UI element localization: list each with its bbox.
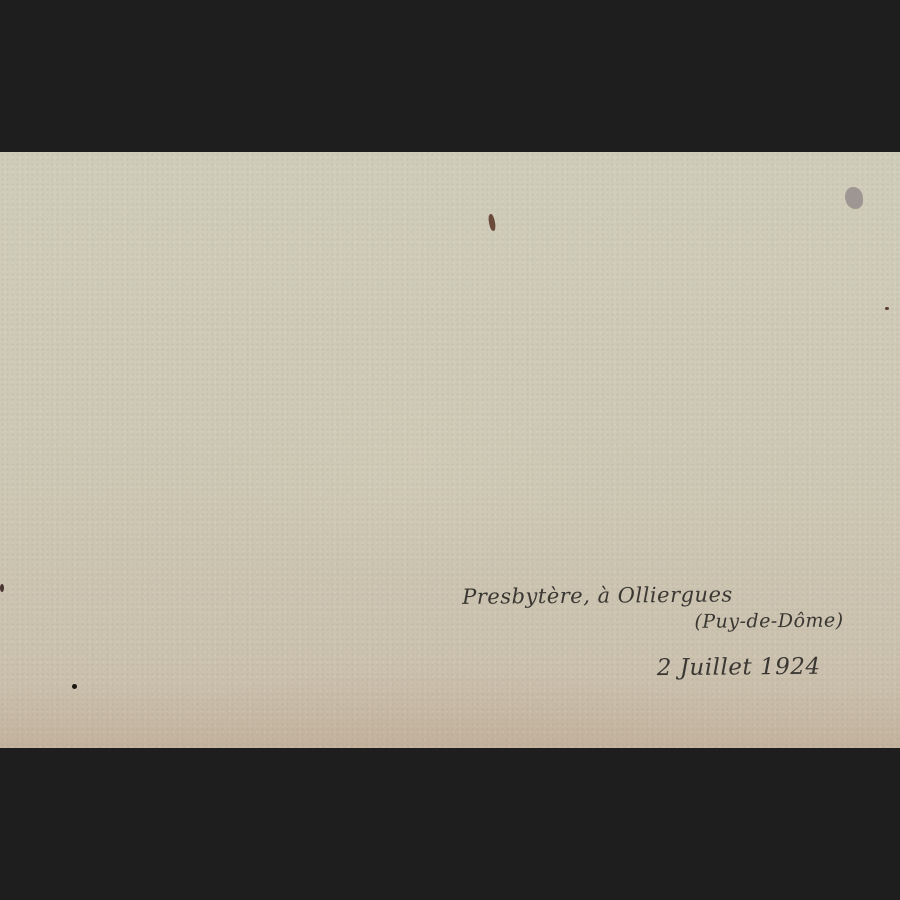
bottom-edge-discoloration bbox=[0, 688, 900, 748]
inscription-date: 2 Juillet 1924 bbox=[657, 656, 821, 680]
photo-frame: Presbytère, à Olliergues (Puy-de-Dôme) 2… bbox=[0, 0, 900, 900]
paper-sheet: Presbytère, à Olliergues (Puy-de-Dôme) 2… bbox=[0, 152, 900, 748]
gray-stain bbox=[845, 187, 863, 209]
inscription-region: (Puy-de-Dôme) bbox=[694, 612, 843, 632]
edge-mark bbox=[0, 584, 4, 592]
edge-mark bbox=[885, 307, 889, 310]
black-dot bbox=[72, 684, 77, 689]
inscription-place: Presbytère, à Olliergues bbox=[462, 584, 733, 607]
